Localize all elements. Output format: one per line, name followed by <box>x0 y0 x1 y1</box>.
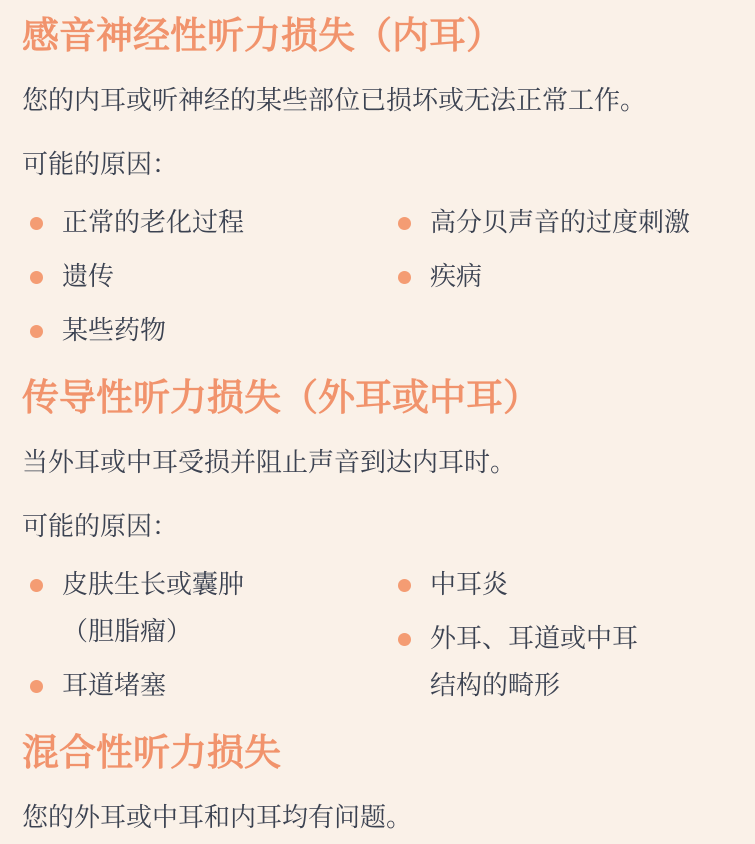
causes-column-right: 高分贝声音的过度刺激 疾病 <box>390 200 733 308</box>
bullet-icon <box>30 680 43 693</box>
list-item-text: 遗传 <box>62 254 114 301</box>
section-heading-mixed: 混合性听力损失 <box>22 731 733 775</box>
list-item: 正常的老化过程 <box>22 200 390 247</box>
causes-column-left: 皮肤生长或囊肿 （胆脂瘤） 耳道堵塞 <box>22 562 390 717</box>
section-heading-conductive: 传导性听力损失（外耳或中耳） <box>22 376 733 420</box>
bullet-icon <box>398 579 411 592</box>
bullet-icon <box>30 217 43 230</box>
bullet-icon <box>398 271 411 284</box>
list-item-text: 正常的老化过程 <box>62 200 244 247</box>
list-item-text: 某些药物 <box>62 308 166 355</box>
list-item: 遗传 <box>22 254 390 301</box>
list-item-text: 高分贝声音的过度刺激 <box>430 200 690 247</box>
bullet-icon <box>30 579 43 592</box>
causes-list: 正常的老化过程 遗传 某些药物 高分贝声音的过度刺激 疾病 <box>22 200 733 362</box>
list-item: 高分贝声音的过度刺激 <box>390 200 733 247</box>
causes-list: 皮肤生长或囊肿 （胆脂瘤） 耳道堵塞 中耳炎 外耳、耳道或中耳 <box>22 562 733 717</box>
causes-column-left: 正常的老化过程 遗传 某些药物 <box>22 200 390 362</box>
bullet-icon <box>30 271 43 284</box>
bullet-icon <box>30 325 43 338</box>
section-intro-mixed: 您的外耳或中耳和内耳均有问题。 <box>22 803 733 833</box>
list-item: 皮肤生长或囊肿 （胆脂瘤） <box>22 562 390 656</box>
section-intro-sensorineural: 您的内耳或听神经的某些部位已损坏或无法正常工作。 <box>22 86 733 116</box>
hearing-loss-info-page: 感音神经性听力损失（内耳） 您的内耳或听神经的某些部位已损坏或无法正常工作。 可… <box>0 0 755 833</box>
list-item-text: 耳道堵塞 <box>62 663 166 710</box>
bullet-icon <box>398 633 411 646</box>
bullet-icon <box>398 217 411 230</box>
causes-label: 可能的原因： <box>22 150 733 180</box>
section-intro-conductive: 当外耳或中耳受损并阻止声音到达内耳时。 <box>22 448 733 478</box>
section-mixed: 混合性听力损失 您的外耳或中耳和内耳均有问题。 <box>22 731 733 833</box>
section-heading-sensorineural: 感音神经性听力损失（内耳） <box>22 14 733 58</box>
list-item-text: 疾病 <box>430 254 482 301</box>
list-item: 某些药物 <box>22 308 390 355</box>
list-item: 耳道堵塞 <box>22 663 390 710</box>
list-item: 中耳炎 <box>390 562 733 609</box>
list-item-text: （胆脂瘤） <box>62 609 244 656</box>
list-item: 疾病 <box>390 254 733 301</box>
list-item-text: 外耳、耳道或中耳 <box>430 616 638 663</box>
list-item-text: 中耳炎 <box>430 562 508 609</box>
list-item-text: 皮肤生长或囊肿 <box>62 562 244 609</box>
section-sensorineural: 感音神经性听力损失（内耳） 您的内耳或听神经的某些部位已损坏或无法正常工作。 可… <box>22 14 733 362</box>
section-conductive: 传导性听力损失（外耳或中耳） 当外耳或中耳受损并阻止声音到达内耳时。 可能的原因… <box>22 376 733 717</box>
list-item-text: 结构的畸形 <box>430 663 638 710</box>
causes-label: 可能的原因： <box>22 512 733 542</box>
causes-column-right: 中耳炎 外耳、耳道或中耳 结构的畸形 <box>390 562 733 717</box>
list-item: 外耳、耳道或中耳 结构的畸形 <box>390 616 733 710</box>
